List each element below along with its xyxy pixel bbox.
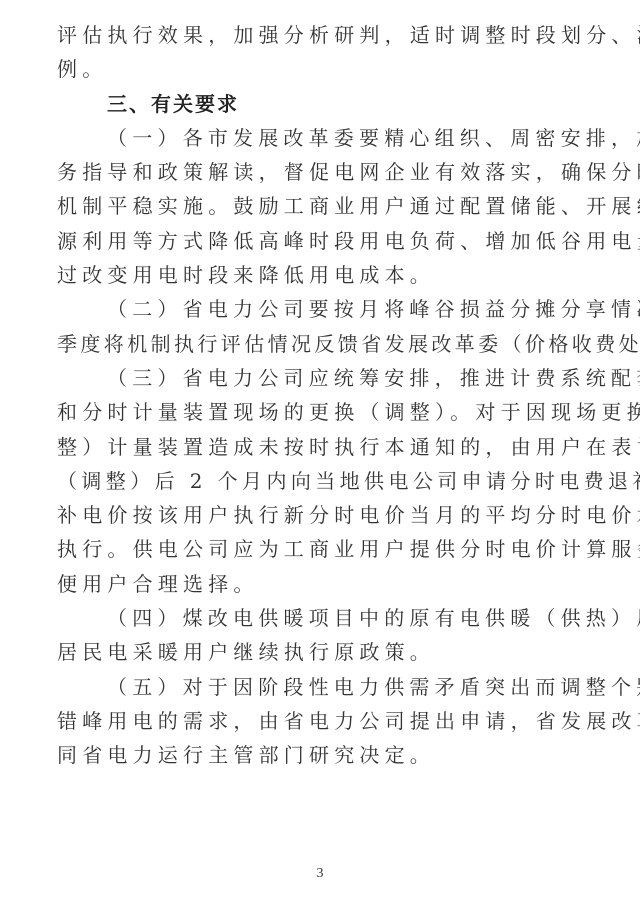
paragraph-line: （一）各市发展改革委要精心组织、周密安排，加强业: [57, 121, 569, 155]
paragraph-line: 务指导和政策解读，督促电网企业有效落实，确保分时电价: [57, 155, 569, 189]
paragraph-line: 季度将机制执行评估情况反馈省发展改革委（价格收费处）。: [57, 327, 569, 361]
body-text-line: 例。: [57, 52, 569, 86]
paragraph-line: 源利用等方式降低高峰时段用电负荷、增加低谷用电量，通: [57, 224, 569, 258]
paragraph-line: 同省电力运行主管部门研究决定。: [57, 738, 569, 772]
paragraph-line: （调整）后 2 个月内向当地供电公司申请分时电费退补，退: [57, 464, 569, 498]
paragraph-line: 执行。供电公司应为工商业用户提供分时电价计算服务，方: [57, 532, 569, 566]
document-page: 评估执行效果，加强分析研判，适时调整时段划分、浮动比 例。 三、有关要求 （一）…: [57, 18, 569, 773]
paragraph-line: （五）对于因阶段性电力供需矛盾突出而调整个别行业: [57, 670, 569, 704]
paragraph-line: 居民电采暖用户继续执行原政策。: [57, 635, 569, 669]
paragraph-line: 便用户合理选择。: [57, 567, 569, 601]
requirement-item-3: （三）省电力公司应统筹安排，推进计费系统配套调整 和分时计量装置现场的更换（调整…: [57, 361, 569, 601]
paragraph-line: （三）省电力公司应统筹安排，推进计费系统配套调整: [57, 361, 569, 395]
page-number: 3: [0, 866, 640, 882]
requirement-item-2: （二）省电力公司要按月将峰谷损益分摊分享情况、按 季度将机制执行评估情况反馈省发…: [57, 292, 569, 361]
paragraph-line: 补电价按该用户执行新分时电价当月的平均分时电价水平: [57, 498, 569, 532]
section-heading: 三、有关要求: [57, 87, 569, 121]
requirement-item-1: （一）各市发展改革委要精心组织、周密安排，加强业 务指导和政策解读，督促电网企业…: [57, 121, 569, 292]
paragraph-line: 错峰用电的需求，由省电力公司提出申请，省发展改革委会: [57, 704, 569, 738]
paragraph-line: 和分时计量装置现场的更换（调整）。对于因现场更换（调: [57, 395, 569, 429]
body-text-line: 评估执行效果，加强分析研判，适时调整时段划分、浮动比: [57, 18, 569, 52]
paragraph-line: 过改变用电时段来降低用电成本。: [57, 258, 569, 292]
paragraph-line: （四）煤改电供暖项目中的原有电供暖（供热）用户、: [57, 601, 569, 635]
requirement-item-5: （五）对于因阶段性电力供需矛盾突出而调整个别行业 错峰用电的需求，由省电力公司提…: [57, 670, 569, 773]
paragraph-line: 整）计量装置造成未按时执行本通知的，由用户在表计更换: [57, 430, 569, 464]
paragraph-line: 机制平稳实施。鼓励工商业用户通过配置储能、开展综合能: [57, 189, 569, 223]
paragraph-line: （二）省电力公司要按月将峰谷损益分摊分享情况、按: [57, 292, 569, 326]
requirement-item-4: （四）煤改电供暖项目中的原有电供暖（供热）用户、 居民电采暖用户继续执行原政策。: [57, 601, 569, 670]
